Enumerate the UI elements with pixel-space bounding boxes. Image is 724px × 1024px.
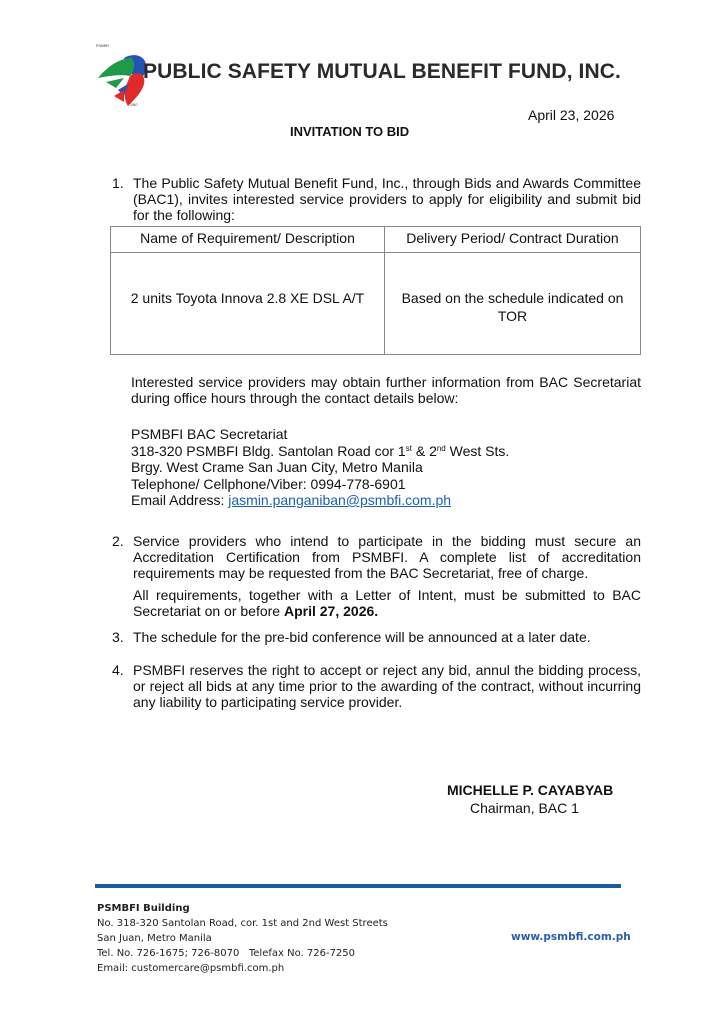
item-3-text: The schedule for the pre-bid conference …: [133, 629, 653, 645]
interested-paragraph: Interested service providers may obtain …: [131, 374, 641, 406]
secretariat-email-link[interactable]: jasmin.panganiban@psmbfi.com.ph: [228, 492, 451, 508]
footer-address: PSMBFI Building No. 318-320 Santolan Roa…: [97, 901, 388, 976]
item-3-number: 3.: [112, 629, 124, 645]
logo-bottom-label: 1967: [130, 103, 138, 107]
secretariat-email-row: Email Address: jasmin.panganiban@psmbfi.…: [131, 492, 509, 509]
table-header-row: Name of Requirement/ Description Deliver…: [111, 227, 641, 253]
footer-phone: Tel. No. 726-1675; 726-8070 Telefax No. …: [97, 946, 388, 961]
document-title: INVITATION TO BID: [290, 124, 409, 139]
table-cell-requirement: 2 units Toyota Innova 2.8 XE DSL A/T: [111, 253, 385, 355]
footer-address-line2: San Juan, Metro Manila: [97, 931, 388, 946]
secretariat-contact: PSMBFI BAC Secretariat 318-320 PSMBFI Bl…: [131, 426, 509, 509]
item-2-number: 2.: [112, 533, 124, 549]
footer-address-line1: No. 318-320 Santolan Road, cor. 1st and …: [97, 916, 388, 931]
secretariat-address-line1: 318-320 PSMBFI Bldg. Santolan Road cor 1…: [131, 443, 509, 460]
secretariat-name: PSMBFI BAC Secretariat: [131, 426, 509, 443]
item-1-number: 1.: [112, 175, 124, 191]
footer-building: PSMBFI Building: [97, 901, 388, 916]
letter-date: April 23, 2026: [528, 107, 614, 123]
psmbfi-logo-icon: PSMBFI 1967: [94, 44, 150, 108]
signatory-name: MICHELLE P. CAYABYAB: [447, 782, 613, 798]
item-1-text: The Public Safety Mutual Benefit Fund, I…: [133, 175, 641, 223]
table-row: 2 units Toyota Innova 2.8 XE DSL A/T Bas…: [111, 253, 641, 355]
email-label: Email Address:: [131, 492, 228, 508]
org-name: PUBLIC SAFETY MUTUAL BENEFIT FUND, INC.: [143, 60, 621, 84]
table-header-cell: Delivery Period/ Contract Duration: [385, 227, 641, 253]
footer-website-link[interactable]: www.psmbfi.com.ph: [511, 931, 631, 943]
requirements-table: Name of Requirement/ Description Deliver…: [110, 226, 641, 355]
item-4-number: 4.: [112, 662, 124, 678]
signatory-title: Chairman, BAC 1: [470, 800, 579, 816]
footer-divider: [95, 884, 621, 888]
item-4-text: PSMBFI reserves the right to accept or r…: [133, 662, 641, 710]
secretariat-address-line2: Brgy. West Crame San Juan City, Metro Ma…: [131, 459, 509, 476]
table-header-cell: Name of Requirement/ Description: [111, 227, 385, 253]
secretariat-phone: Telephone/ Cellphone/Viber: 0994-778-690…: [131, 476, 509, 493]
item-2-text: Service providers who intend to particip…: [133, 533, 641, 581]
table-cell-delivery: Based on the schedule indicated on TOR: [385, 253, 641, 355]
footer-email: Email: customercare@psmbfi.com.ph: [97, 961, 388, 976]
item-2-deadline-text: All requirements, together with a Letter…: [133, 587, 641, 619]
deadline-date: April 27, 2026.: [284, 603, 378, 619]
